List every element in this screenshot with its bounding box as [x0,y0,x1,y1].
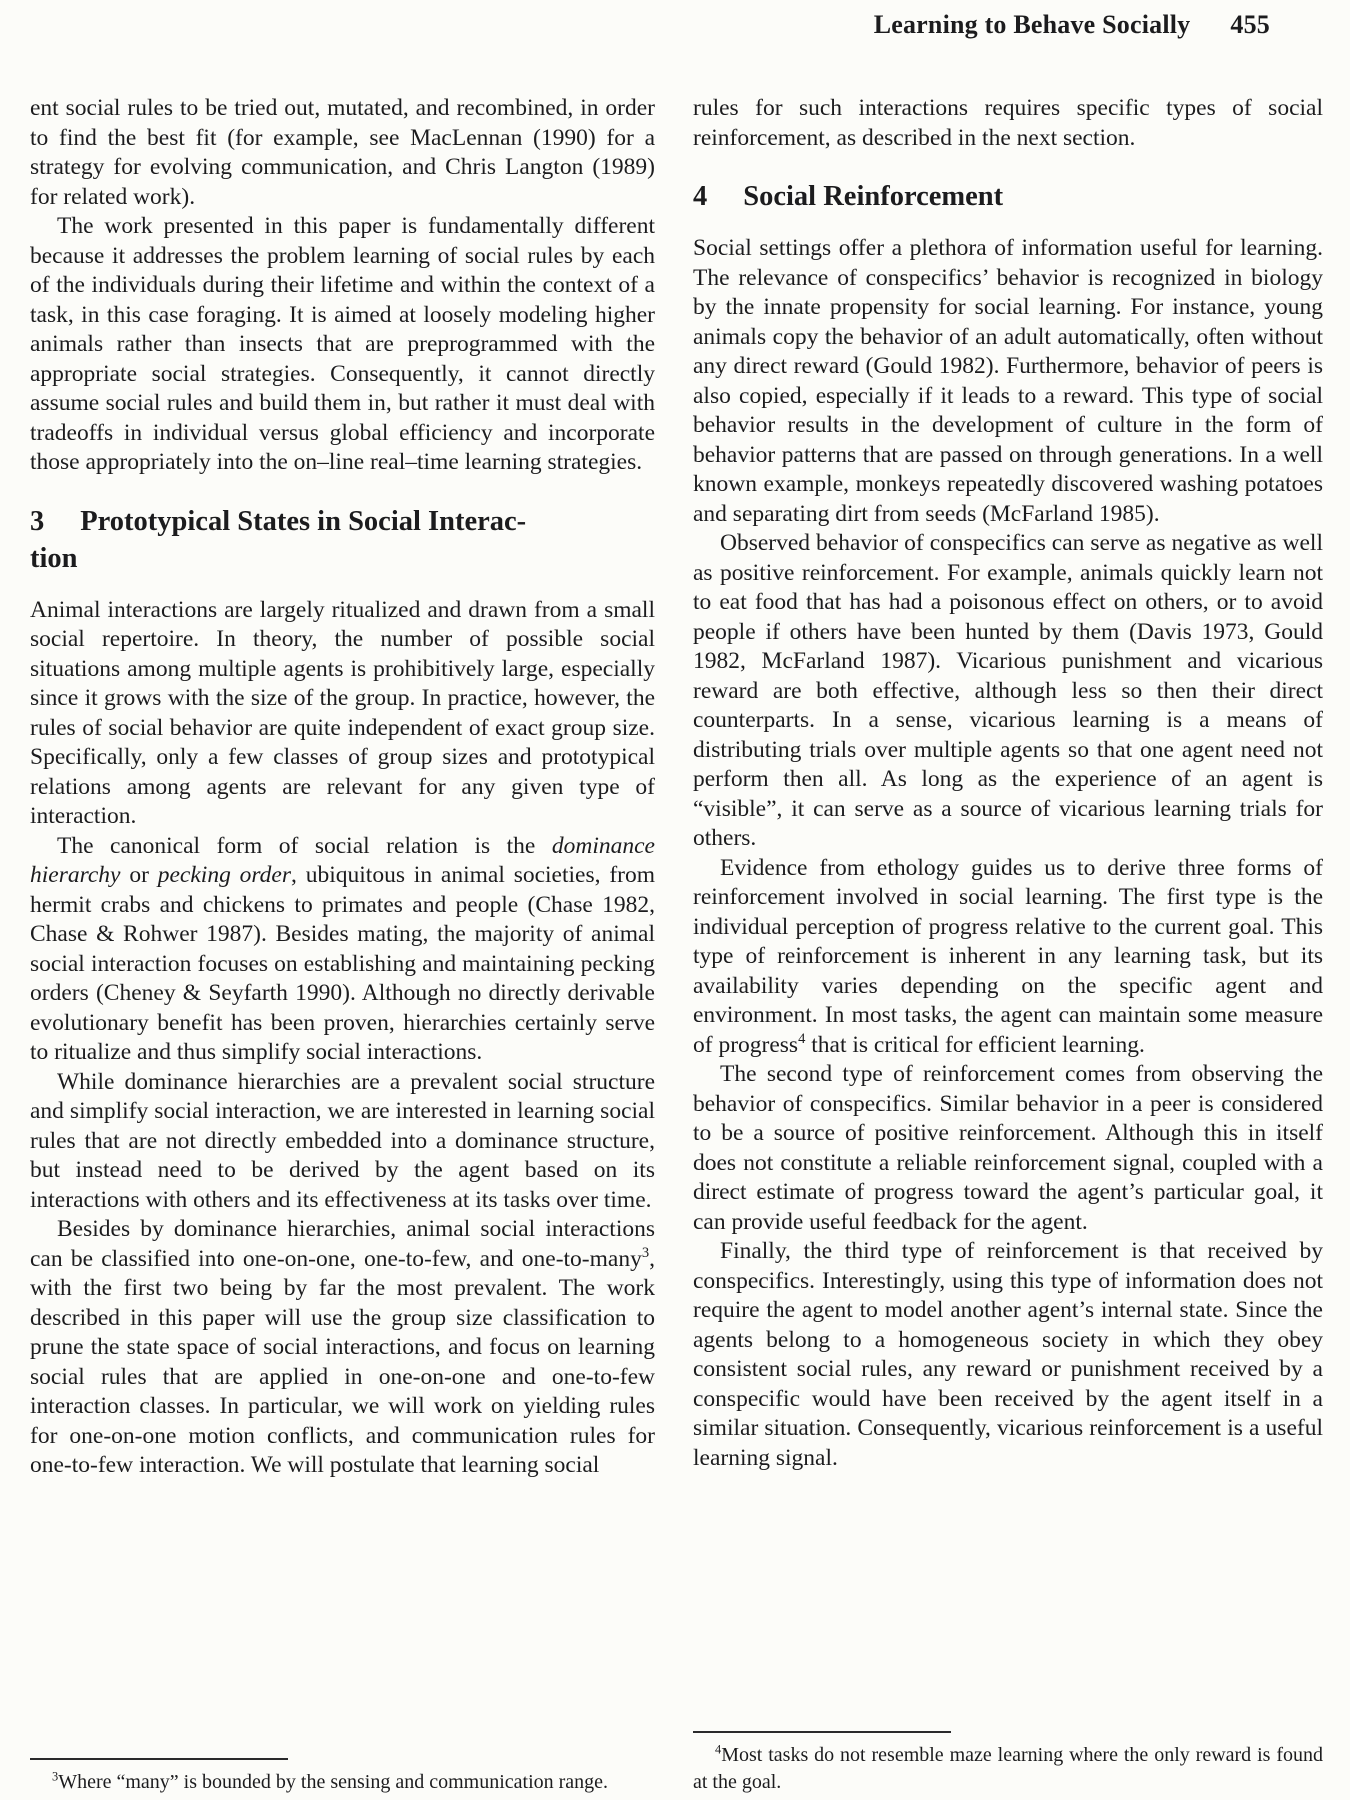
paragraph-text: Evidence from ethology guides us to deri… [693,855,1323,1058]
section-number: 3 [30,506,44,537]
paragraph: Social settings offer a plethora of info… [693,234,1323,529]
section-heading-4: 4Social Reinforcement [693,178,1323,215]
paper-page: Learning to Behave Socially455 ent socia… [0,0,1350,1800]
footnote-text: Where “many” is bounded by the sensing a… [58,1771,608,1793]
footnote-text: Most tasks do not resemble maze learning… [693,1744,1323,1793]
paragraph-text: , ubiquitous in animal societies, from h… [30,862,655,1065]
right-footnote-block: 4Most tasks do not resemble maze learnin… [693,1731,1323,1796]
section-title-line1: Prototypical States in Social Interac- [80,506,526,537]
header-title: Learning to Behave Socially [874,10,1191,39]
paragraph-text: , with the first two being by far the mo… [30,1246,655,1479]
paragraph: Animal interactions are largely ritualiz… [30,596,655,832]
footnote-rule [693,1731,951,1733]
left-footnote-block: 3Where “many” is bounded by the sensing … [30,1758,655,1796]
left-column: ent social rules to be tried out, mutate… [30,94,655,1800]
section-number: 4 [693,181,707,212]
paragraph-text: Besides by dominance hierarchies, animal… [30,1216,655,1272]
paragraph: Observed behavior of conspecifics can se… [693,529,1323,854]
italic-term-pecking-order: pecking order [158,862,291,888]
section-heading-3: 3Prototypical States in Social Interac-t… [30,503,655,577]
paragraph: While dominance hierarchies are a preval… [30,1068,655,1216]
footnote-4: 4Most tasks do not resemble maze learnin… [693,1742,1323,1796]
paragraph-text: that is critical for efficient learning. [805,1032,1145,1058]
paragraph-continuation: ent social rules to be tried out, mutate… [30,94,655,212]
paragraph: The canonical form of social relation is… [30,832,655,1068]
running-header: Learning to Behave Socially455 [874,10,1270,40]
footnote-rule [30,1758,288,1760]
section-title: Social Reinforcement [743,181,1003,212]
right-column: rules for such interactions requires spe… [693,94,1323,1800]
paragraph: Finally, the third type of reinforcement… [693,1237,1323,1473]
paragraph: The second type of reinforcement comes f… [693,1060,1323,1237]
paragraph-continuation: rules for such interactions requires spe… [693,94,1323,153]
paragraph-text: or [121,862,158,888]
section-title-line2: tion [30,543,78,574]
paragraph: The work presented in this paper is fund… [30,212,655,478]
paragraph: Besides by dominance hierarchies, animal… [30,1215,655,1481]
footnote-3: 3Where “many” is bounded by the sensing … [30,1769,655,1796]
paragraph: Evidence from ethology guides us to deri… [693,854,1323,1061]
paragraph-text: The canonical form of social relation is… [57,833,552,859]
page-number: 455 [1230,10,1270,39]
